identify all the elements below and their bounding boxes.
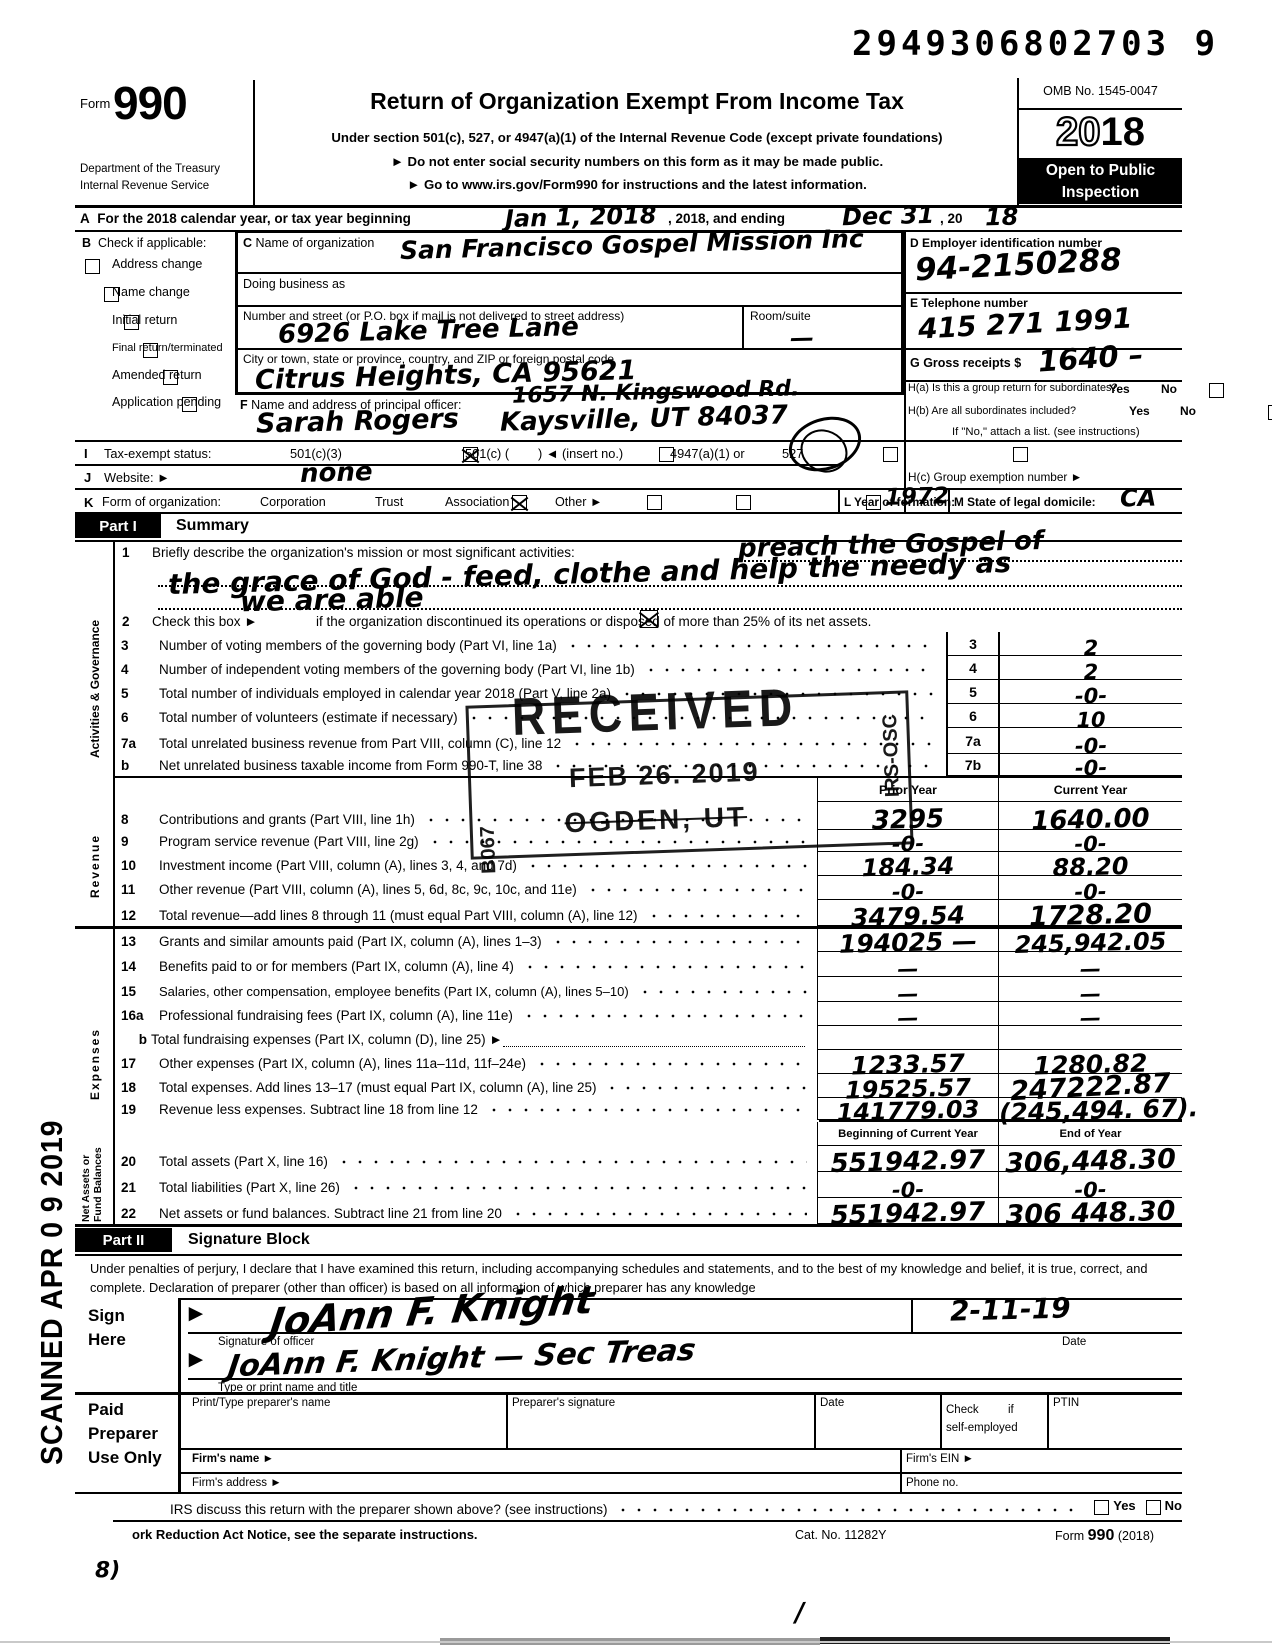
dot-leader bbox=[522, 964, 807, 970]
dot-leader bbox=[486, 1107, 807, 1113]
ha-yes-checkbox[interactable] bbox=[1209, 383, 1224, 398]
footer-form-number: 990 bbox=[1088, 1527, 1115, 1544]
scan-artifact-line bbox=[0, 1641, 1272, 1643]
prior-cell: — bbox=[817, 952, 998, 977]
discuss-no-label: No bbox=[1165, 1498, 1182, 1520]
preparer-label: Preparer bbox=[88, 1424, 158, 1444]
form-word: Form bbox=[80, 96, 110, 111]
status-501c-label: 501(c) ( bbox=[465, 446, 509, 461]
sign-label-2: Here bbox=[88, 1330, 126, 1350]
row-text: Number of independent voting members of … bbox=[159, 662, 635, 677]
room-suite-label: Room/suite bbox=[750, 309, 811, 323]
row-value-cell: -0- bbox=[1000, 728, 1182, 754]
form-990-page: 2949306802703 9 Form 990 Department of t… bbox=[0, 0, 1272, 1650]
prior-cell: — bbox=[817, 1002, 998, 1026]
row-number: 18 bbox=[113, 1080, 159, 1095]
preparer-name-label: Print/Type preparer's name bbox=[192, 1397, 330, 1409]
received-stamp-title: RECEIVED bbox=[511, 678, 800, 748]
row-text: Total expenses. Add lines 13–17 (must eq… bbox=[159, 1080, 596, 1095]
go-to-url-line: ► Go to www.irs.gov/Form990 for instruct… bbox=[258, 177, 1016, 192]
dot-leader bbox=[565, 643, 936, 649]
discuss-yes-label: Yes bbox=[1113, 1498, 1135, 1520]
dot-leader bbox=[550, 939, 807, 945]
row-number: 7a bbox=[113, 736, 159, 751]
current-cell: 1640.00 bbox=[998, 802, 1182, 830]
form-footer-id: Form 990 (2018) bbox=[1055, 1527, 1154, 1545]
cat-number: Cat. No. 11282Y bbox=[795, 1528, 887, 1542]
paid-label: Paid bbox=[88, 1400, 124, 1420]
prior-cell bbox=[817, 1026, 998, 1050]
row-text: Investment income (Part VIII, column (A)… bbox=[159, 858, 517, 873]
row-number: 15 bbox=[113, 984, 159, 999]
hb-no-label: No bbox=[1180, 404, 1196, 418]
firms-address-label: Firm's address ► bbox=[192, 1477, 282, 1489]
dot-leader bbox=[643, 667, 936, 673]
row-number: 12 bbox=[113, 908, 159, 923]
row-number: 5 bbox=[113, 686, 159, 701]
footer-form-year: (2018) bbox=[1118, 1529, 1154, 1543]
paperwork-notice: ork Reduction Act Notice, see the separa… bbox=[132, 1527, 478, 1542]
sidebar-revenue: Revenue bbox=[88, 834, 102, 898]
received-stamp-date: FEB 26. 2019 bbox=[569, 757, 761, 795]
end-cell: -0- bbox=[998, 1172, 1182, 1198]
status-527-checkbox[interactable] bbox=[1013, 447, 1028, 462]
row-number: 13 bbox=[113, 934, 159, 949]
pen-mark-2: / bbox=[795, 1600, 805, 1626]
prior-cell: -0- bbox=[817, 876, 998, 900]
pen-mark-1: 8) bbox=[95, 1560, 121, 1583]
address-change-label: Address change bbox=[112, 257, 202, 271]
row-number: 17 bbox=[113, 1056, 159, 1071]
line-a: A For the 2018 calendar year, or tax yea… bbox=[80, 211, 411, 226]
tax-year: 2018 bbox=[1019, 112, 1182, 152]
row-value-cell: -0- bbox=[1000, 754, 1182, 776]
sign-arrow-2: ► bbox=[184, 1348, 208, 1372]
sign-arrow-1: ► bbox=[184, 1302, 208, 1326]
tax-year-end-yy: 18 bbox=[985, 205, 1019, 230]
dot-leader bbox=[534, 1061, 807, 1067]
form-of-org-label: Form of organization: bbox=[102, 495, 221, 509]
current-cell: — bbox=[998, 952, 1182, 977]
discuss-no-checkbox[interactable] bbox=[1146, 1500, 1161, 1515]
line-a-mid: , 2018, and ending bbox=[668, 211, 785, 226]
summary-row-20: 20Total assets (Part X, line 16) 551942.… bbox=[113, 1146, 1182, 1172]
line-a-yr: , 20 bbox=[940, 211, 963, 226]
footer-form-word: Form bbox=[1055, 1529, 1084, 1543]
summary-row-16a: 16aProfessional fundraising fees (Part I… bbox=[113, 1002, 1182, 1026]
begin-cell: 551942.97 bbox=[817, 1146, 998, 1172]
address-change-checkbox[interactable] bbox=[85, 259, 100, 274]
sidebar-activities-governance: Activities & Governance bbox=[88, 620, 102, 758]
end-of-year-header: End of Year bbox=[998, 1122, 1182, 1146]
row-number: 3 bbox=[113, 638, 159, 653]
row-number: 6 bbox=[113, 710, 159, 725]
current-year-header: Current Year bbox=[998, 778, 1182, 802]
form-number: 990 bbox=[113, 76, 187, 130]
summary-row-21: 21Total liabilities (Part X, line 26) -0… bbox=[113, 1172, 1182, 1198]
current-cell: -0- bbox=[998, 876, 1182, 900]
dot-leader bbox=[510, 1211, 807, 1217]
signature-date-entry: 2-11-19 bbox=[950, 1294, 1071, 1325]
firms-name-label: Firm's name ► bbox=[192, 1453, 274, 1465]
line-a-text: For the 2018 calendar year, or tax year … bbox=[97, 211, 411, 226]
state-of-domicile-label: M State of legal domicile: bbox=[954, 495, 1096, 509]
hb-yes-checkbox[interactable] bbox=[1268, 405, 1272, 420]
line-k-letter: K bbox=[84, 495, 93, 510]
ha-yes-label: Yes bbox=[1109, 382, 1130, 396]
trust-label: Trust bbox=[375, 495, 403, 509]
row-text: Contributions and grants (Part VIII, lin… bbox=[159, 812, 415, 827]
dba-label: Doing business as bbox=[243, 277, 345, 291]
name-change-label: Name change bbox=[112, 285, 190, 299]
row-text: Total fundraising expenses (Part IX, col… bbox=[151, 1032, 503, 1047]
row-number: 4 bbox=[113, 662, 159, 677]
preparer-date-label: Date bbox=[820, 1397, 844, 1409]
row-number: 8 bbox=[113, 812, 159, 827]
org-name-label: C Name of organization bbox=[243, 236, 374, 250]
row-text: Total liabilities (Part X, line 26) bbox=[159, 1180, 340, 1195]
row-ref-box: 7b bbox=[946, 754, 1000, 776]
row-text: Professional fundraising fees (Part IX, … bbox=[159, 1008, 513, 1023]
row-number: b bbox=[113, 1032, 151, 1047]
summary-row-19: 19Revenue less expenses. Subtract line 1… bbox=[113, 1098, 1182, 1120]
row-number: 10 bbox=[113, 858, 159, 873]
dot-leader bbox=[604, 1085, 807, 1091]
phone-entry: 415 271 1991 bbox=[917, 304, 1132, 343]
hb-question: H(b) Are all subordinates included? bbox=[908, 405, 1076, 417]
box-c-letter: C bbox=[243, 236, 252, 250]
row-text: Salaries, other compensation, employee b… bbox=[159, 984, 629, 999]
summary-row-15: 15Salaries, other compensation, employee… bbox=[113, 977, 1182, 1002]
dot-leader bbox=[637, 989, 807, 995]
sidebar-expenses: Expenses bbox=[88, 1028, 102, 1100]
box-b-title-text: Check if applicable: bbox=[98, 236, 206, 250]
part2-title: Signature Block bbox=[188, 1231, 310, 1249]
current-cell: — bbox=[998, 1002, 1182, 1026]
current-cell: (245,494. 67). bbox=[998, 1098, 1182, 1120]
summary-row-4: 4Number of independent voting members of… bbox=[113, 656, 1182, 680]
preparer-signature-label: Preparer's signature bbox=[512, 1397, 615, 1409]
dot-leader bbox=[646, 913, 808, 919]
year-of-formation-entry: 1972 bbox=[885, 485, 950, 510]
fundraising-blank-line bbox=[503, 1034, 805, 1047]
dept-treasury: Department of the Treasury bbox=[80, 163, 220, 175]
association-checkbox[interactable] bbox=[736, 495, 751, 510]
website-label: Website: ► bbox=[104, 470, 170, 485]
row-ref-box: 4 bbox=[946, 656, 1000, 680]
ha-question: H(a) Is this a group return for subordin… bbox=[908, 382, 1117, 394]
row-ref-box: 7a bbox=[946, 728, 1000, 754]
row-value-cell: -0- bbox=[1000, 680, 1182, 704]
initial-return-label: Initial return bbox=[112, 313, 177, 327]
row-text: Other expenses (Part IX, column (A), lin… bbox=[159, 1056, 526, 1071]
row-text: Total number of volunteers (estimate if … bbox=[159, 710, 458, 725]
row-number: 9 bbox=[113, 834, 159, 849]
beginning-of-year-header: Beginning of Current Year bbox=[817, 1122, 998, 1146]
amended-return-label: Amended return bbox=[112, 368, 202, 382]
check-label: Check bbox=[946, 1404, 979, 1416]
sidebar-net-assets-1: Net Assets or bbox=[80, 1155, 92, 1222]
box-b-letter: B bbox=[82, 236, 91, 250]
prior-cell: 194025 — bbox=[817, 928, 998, 952]
tax-year-outline: 20 bbox=[1056, 110, 1101, 154]
other-label: Other ► bbox=[555, 495, 602, 509]
begin-cell: -0- bbox=[817, 1172, 998, 1198]
row-text: Other revenue (Part VIII, column (A), li… bbox=[159, 882, 577, 897]
dot-leader bbox=[348, 1185, 807, 1191]
self-employed-label: self-employed bbox=[946, 1422, 1018, 1434]
line-j-letter: J bbox=[84, 470, 91, 485]
corporation-checkbox[interactable] bbox=[512, 495, 527, 510]
prior-cell: 3479.54 bbox=[817, 900, 998, 926]
row-number: 14 bbox=[113, 959, 159, 974]
row-number: 19 bbox=[113, 1102, 159, 1117]
summary-row-22: 22Net assets or fund balances. Subtract … bbox=[113, 1198, 1182, 1224]
summary-row-3: 3Number of voting members of the governi… bbox=[113, 632, 1182, 656]
received-stamp-left-code: B067 bbox=[477, 826, 502, 875]
hb-yes-label: Yes bbox=[1129, 404, 1150, 418]
row-number: 22 bbox=[113, 1206, 159, 1221]
gross-receipts-entry: 1640 – bbox=[1037, 340, 1144, 376]
dot-leader bbox=[615, 1507, 1084, 1513]
received-stamp-city: OGDEN, UT bbox=[564, 801, 748, 839]
mission-entry-3: we are able bbox=[240, 584, 424, 617]
open-to-public-badge: Open to Public Inspection bbox=[1019, 158, 1182, 204]
row-ref-box: 6 bbox=[946, 704, 1000, 728]
summary-row-12: 12Total revenue—add lines 8 through 11 (… bbox=[113, 900, 1182, 926]
summary-row-17: 17Other expenses (Part IX, column (A), l… bbox=[113, 1050, 1182, 1074]
summary-row-18: 18Total expenses. Add lines 13–17 (must … bbox=[113, 1074, 1182, 1098]
status-insert-no-label: ) ◄ (insert no.) bbox=[538, 446, 623, 461]
hb-note: If "No," attach a list. (see instruction… bbox=[952, 426, 1140, 438]
end-cell: 306,448.30 bbox=[998, 1146, 1182, 1172]
row-value-cell: 10 bbox=[1000, 704, 1182, 728]
row-text: Number of voting members of the governin… bbox=[159, 638, 557, 653]
row-text: Benefits paid to or for members (Part IX… bbox=[159, 959, 514, 974]
row-text: Program service revenue (Part VIII, line… bbox=[159, 834, 419, 849]
row-number: 20 bbox=[113, 1154, 159, 1169]
ha-no-label: No bbox=[1161, 382, 1177, 396]
form-subtitle: Under section 501(c), 527, or 4947(a)(1)… bbox=[258, 130, 1016, 145]
row-text: Grants and similar amounts paid (Part IX… bbox=[159, 934, 542, 949]
current-cell: 88.20 bbox=[998, 852, 1182, 876]
open-line1: Open to Public bbox=[1019, 160, 1182, 182]
received-stamp: RECEIVED FEB 26. 2019 OGDEN, UT B067 IRS… bbox=[465, 690, 913, 859]
officer-address2-entry: Kaysville, UT 84037 bbox=[500, 402, 789, 436]
line-i-letter: I bbox=[84, 446, 88, 461]
ssn-warning: ► Do not enter social security numbers o… bbox=[258, 154, 1016, 169]
received-stamp-right-code: IRS-OSC bbox=[879, 714, 905, 798]
part2-tab: Part II bbox=[75, 1228, 172, 1252]
org-name-label-text: Name of organization bbox=[256, 236, 375, 250]
row-text: Total assets (Part X, line 16) bbox=[159, 1154, 328, 1169]
phone-no-label: Phone no. bbox=[906, 1477, 958, 1489]
current-cell bbox=[998, 1026, 1182, 1050]
tax-exempt-status-label: Tax-exempt status: bbox=[104, 446, 211, 461]
dot-leader bbox=[525, 863, 807, 869]
current-cell: -0- bbox=[998, 830, 1182, 852]
line1-text: Briefly describe the organization's miss… bbox=[152, 545, 575, 560]
room-suite-entry: — bbox=[790, 326, 815, 351]
dot-leader bbox=[521, 1013, 807, 1019]
dot-leader bbox=[336, 1159, 807, 1165]
gross-receipts-label: G Gross receipts $ bbox=[910, 356, 1021, 370]
signature-date-label: Date bbox=[1062, 1336, 1086, 1348]
row-value-cell: 2 bbox=[1000, 656, 1182, 680]
summary-row-14: 14Benefits paid to or for members (Part … bbox=[113, 952, 1182, 977]
firms-ein-label: Firm's EIN ► bbox=[906, 1453, 974, 1465]
website-entry: none bbox=[300, 459, 373, 487]
row-text: Revenue less expenses. Subtract line 18 … bbox=[159, 1102, 478, 1117]
discuss-row: IRS discuss this return with the prepare… bbox=[170, 1498, 1182, 1520]
corporation-label: Corporation bbox=[260, 495, 326, 509]
dept-irs: Internal Revenue Service bbox=[80, 180, 209, 192]
sign-label-1: Sign bbox=[88, 1306, 125, 1326]
tax-year-bold: 18 bbox=[1101, 110, 1146, 154]
form-title: Return of Organization Exempt From Incom… bbox=[258, 88, 1016, 115]
prior-cell: — bbox=[817, 977, 998, 1002]
summary-row-10: 10Investment income (Part VIII, column (… bbox=[113, 852, 1182, 876]
line-a-letter: A bbox=[80, 211, 90, 226]
hc-group-exemption-label: H(c) Group exemption number ► bbox=[908, 470, 1082, 484]
current-cell: — bbox=[998, 977, 1182, 1002]
end-cell: 306 448.30 bbox=[998, 1198, 1182, 1224]
ein-entry: 94-2150288 bbox=[914, 245, 1122, 287]
prior-cell: 1233.57 bbox=[817, 1050, 998, 1074]
discuss-text: IRS discuss this return with the prepare… bbox=[170, 1502, 607, 1517]
ptin-label: PTIN bbox=[1053, 1397, 1079, 1409]
row-number: 11 bbox=[113, 882, 159, 897]
discuss-yes-checkbox[interactable] bbox=[1094, 1500, 1109, 1515]
prior-cell: 141779.03 bbox=[817, 1098, 998, 1120]
row-number: b bbox=[113, 758, 159, 773]
tax-year-begin-entry: Jan 1, 2018 bbox=[505, 203, 657, 231]
row-text: Total revenue—add lines 8 through 11 (mu… bbox=[159, 908, 638, 923]
application-pending-label: Application pending bbox=[112, 395, 221, 409]
summary-row-11: 11Other revenue (Part VIII, column (A), … bbox=[113, 876, 1182, 900]
line2-number: 2 bbox=[122, 614, 130, 629]
state-of-domicile-entry: CA bbox=[1120, 486, 1157, 511]
row-number: 21 bbox=[113, 1180, 159, 1195]
dln-barcode-number: 2949306802703 9 bbox=[852, 24, 1219, 64]
row-ref-box: 3 bbox=[946, 632, 1000, 656]
perjury-statement: Under penalties of perjury, I declare th… bbox=[90, 1260, 1178, 1297]
balance-columns-header: Beginning of Current Year End of Year bbox=[113, 1122, 1182, 1146]
part1-title: Summary bbox=[176, 517, 249, 535]
association-label: Association bbox=[445, 495, 509, 509]
trust-checkbox[interactable] bbox=[647, 495, 662, 510]
use-only-label: Use Only bbox=[88, 1448, 162, 1468]
row-ref-box: 5 bbox=[946, 680, 1000, 704]
box-f-letter: F bbox=[240, 398, 248, 412]
part1-tab: Part I bbox=[75, 514, 161, 538]
status-4947-label: 4947(a)(1) or bbox=[670, 446, 745, 461]
street-entry: 6926 Lake Tree Lane bbox=[278, 314, 579, 348]
row-value-cell: 2 bbox=[1000, 632, 1182, 656]
row-number: 16a bbox=[113, 1008, 159, 1023]
officer-name-entry: Sarah Rogers bbox=[256, 405, 459, 437]
begin-cell: 551942.97 bbox=[817, 1198, 998, 1224]
line1-number: 1 bbox=[122, 545, 130, 560]
omb-number: OMB No. 1545-0047 bbox=[1019, 84, 1182, 98]
status-4947-checkbox[interactable] bbox=[883, 447, 898, 462]
scanned-stamp: SCANNED APR 0 9 2019 bbox=[34, 1120, 70, 1465]
box-b-title: B Check if applicable: bbox=[82, 236, 206, 250]
final-return-label: Final return/terminated bbox=[112, 342, 223, 354]
dot-leader bbox=[585, 887, 807, 893]
row-text: Net assets or fund balances. Subtract li… bbox=[159, 1206, 502, 1221]
check-if-label: if bbox=[1008, 1404, 1014, 1416]
current-cell: 245,942.05 bbox=[998, 928, 1182, 952]
prior-cell: 184.34 bbox=[817, 852, 998, 876]
open-line2: Inspection bbox=[1019, 182, 1182, 204]
current-cell: 1728.20 bbox=[998, 900, 1182, 926]
line2-post: if the organization discontinued its ope… bbox=[316, 614, 871, 629]
summary-row-13: 13Grants and similar amounts paid (Part … bbox=[113, 928, 1182, 952]
summary-row-16b: bTotal fundraising expenses (Part IX, co… bbox=[113, 1026, 1182, 1050]
sidebar-net-assets-2: Fund Balances bbox=[92, 1147, 104, 1222]
